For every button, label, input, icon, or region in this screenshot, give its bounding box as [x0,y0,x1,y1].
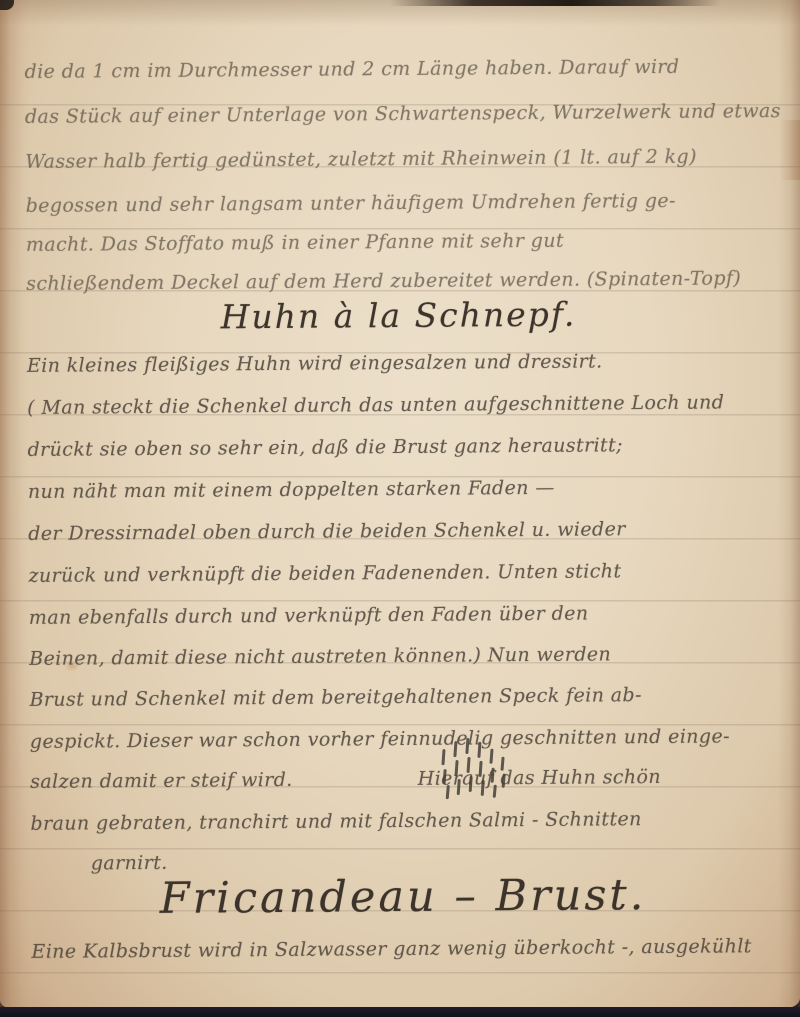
manuscript-line: Beinen, damit diese nicht austreten könn… [29,642,785,670]
manuscript-line: gespickt. Dieser war schon vorher feinnu… [30,725,786,753]
manuscript-line: macht. Das Stoffato muß in einer Pfanne … [26,228,782,256]
manuscript-line: begossen und sehr langsam unter häufigem… [26,189,782,217]
manuscript-line: man ebenfalls durch und verknüpft den Fa… [29,601,785,629]
manuscript-line-left: salzen damit er steif wird. [30,769,293,793]
manuscript-line-with-sketch: salzen damit er steif wird. Hierauf das … [30,765,786,793]
manuscript-line: braun gebraten, tranchirt und mit falsch… [30,807,786,835]
manuscript-line: Ein kleines fleißiges Huhn wird eingesal… [27,349,783,377]
notebook-binding-edge [390,0,720,6]
manuscript-line: das Stück auf einer Unterlage von Schwar… [25,100,781,128]
manuscript-line: ( Man steckt die Schenkel durch das unte… [27,391,783,419]
sketch-gap [293,785,418,786]
manuscript-line: zurück und verknüpft die beiden Fadenend… [28,559,784,587]
larding-hatch-sketch [434,736,513,803]
manuscript-line: der Dressirnadel oben durch die beiden S… [28,517,784,545]
manuscript-line: drückt sie oben so sehr ein, daß die Bru… [27,433,783,461]
handwriting-layer: die da 1 cm im Durchmesser und 2 cm Läng… [0,0,800,1011]
manuscript-line: Wasser halb fertig gedünstet, zuletzt mi… [25,145,781,173]
manuscript-line: Eine Kalbsbrust wird in Salzwasser ganz … [31,935,787,963]
manuscript-line: Brust und Schenkel mit dem bereitgehalte… [29,683,785,711]
manuscript-line: nun näht man mit einem doppelten starken… [28,475,784,503]
table-background-below-page [0,1007,800,1017]
manuscript-photo: die da 1 cm im Durchmesser und 2 cm Läng… [0,0,800,1017]
manuscript-line: die da 1 cm im Durchmesser und 2 cm Läng… [25,55,781,83]
recipe-title-fricandeau-brust: Fricandeau – Brust. [3,869,800,925]
recipe-title-huhn-a-la-schnepf: Huhn à la Schnepf. [0,293,799,338]
manuscript-line: schließendem Deckel auf dem Herd zuberei… [26,267,782,295]
notebook-page: die da 1 cm im Durchmesser und 2 cm Läng… [0,0,800,1008]
